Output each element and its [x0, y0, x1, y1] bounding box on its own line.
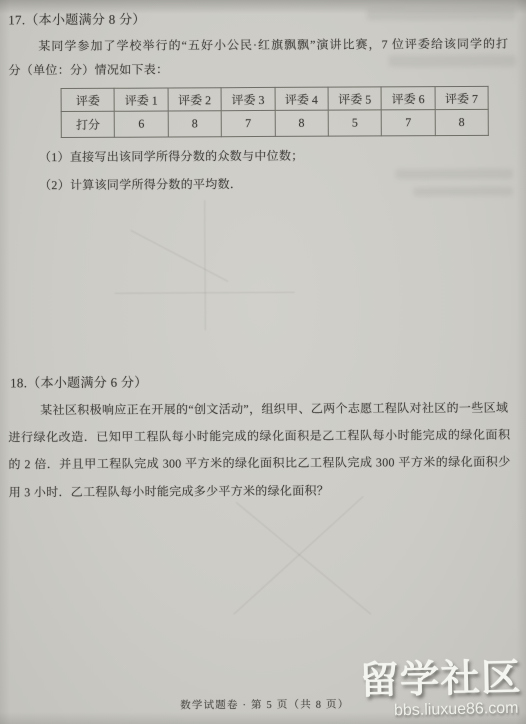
- table-score-row: 打分 6 8 7 8 5 7 8: [61, 109, 488, 137]
- score-cell: 6: [115, 111, 169, 137]
- score-cell: 7: [381, 110, 435, 136]
- bleedthrough-line: [233, 496, 363, 615]
- score-cell: 7: [221, 110, 275, 136]
- score-cell: 5: [328, 110, 382, 136]
- question-17-intro-line-1: 某同学参加了学校举行的“五好小公民·红旗飘飘”演讲比赛，7 位评委给该同学的打: [38, 36, 508, 54]
- judge-header-cell: 评委 3: [221, 87, 274, 110]
- question-18-header: 18.（本小题满分 6 分）: [10, 375, 148, 392]
- bleedthrough-line: [131, 230, 229, 282]
- judge-header-cell: 评委 2: [168, 88, 221, 111]
- bleedthrough-smudge: [366, 8, 516, 21]
- score-cell: 打分: [61, 111, 115, 137]
- question-17-subitem-1: （1）直接写出该同学所得分数的众数与中位数；: [39, 147, 509, 165]
- question-18-line-2: 进行绿化改造．已知甲工程队每小时能完成的绿化面积是乙工程队每小时能完成的绿化面积: [8, 427, 510, 446]
- score-cell: 8: [275, 110, 329, 136]
- score-cell: 8: [168, 111, 222, 137]
- question-18-line-3: 的 2 倍．并且甲工程队完成 300 平方米的绿化面积比乙工程队完成 300 平…: [8, 454, 510, 473]
- watermark-site-url: bbs.liuxue86.com: [394, 700, 519, 721]
- question-18-line-1: 某社区积极响应正在开展的“创文活动”，组织甲、乙两个志愿工程队对社区的一些区域: [40, 400, 508, 418]
- watermark-site-name: 留学社区: [359, 658, 522, 701]
- judge-header-cell: 评委 4: [275, 87, 328, 110]
- score-cell: 8: [435, 109, 489, 135]
- judge-header-cell: 评委 5: [328, 87, 381, 110]
- page-content: 17.（本小题满分 8 分） 某同学参加了学校举行的“五好小公民·红旗飘飘”演讲…: [0, 0, 526, 724]
- judges-score-table: 评委 评委 1 评委 2 评委 3 评委 4 评委 5 评委 6 评委 7 打分…: [61, 86, 489, 138]
- bleedthrough-line: [204, 200, 206, 330]
- judge-header-cell: 评委 1: [114, 88, 167, 111]
- question-17-header: 17.（本小题满分 8 分）: [8, 12, 146, 29]
- bleedthrough-line: [236, 502, 371, 615]
- judge-header-cell: 评委 6: [381, 87, 434, 110]
- question-17-intro-line-2: 分（单位：分）情况如下表：: [8, 60, 508, 79]
- scanned-exam-page: 17.（本小题满分 8 分） 某同学参加了学校举行的“五好小公民·红旗飘飘”演讲…: [0, 0, 526, 724]
- judge-header-cell: 评委 7: [435, 86, 488, 109]
- question-18-line-4: 用 3 小时．乙工程队每小时能完成多少平方米的绿化面积？: [9, 482, 511, 501]
- table-header-row: 评委 评委 1 评委 2 评委 3 评委 4 评委 5 评委 6 评委 7: [61, 86, 488, 111]
- question-17-subitem-2: （2）计算该同学所得分数的平均数．: [39, 175, 509, 193]
- judge-header-cell: 评委: [61, 88, 114, 111]
